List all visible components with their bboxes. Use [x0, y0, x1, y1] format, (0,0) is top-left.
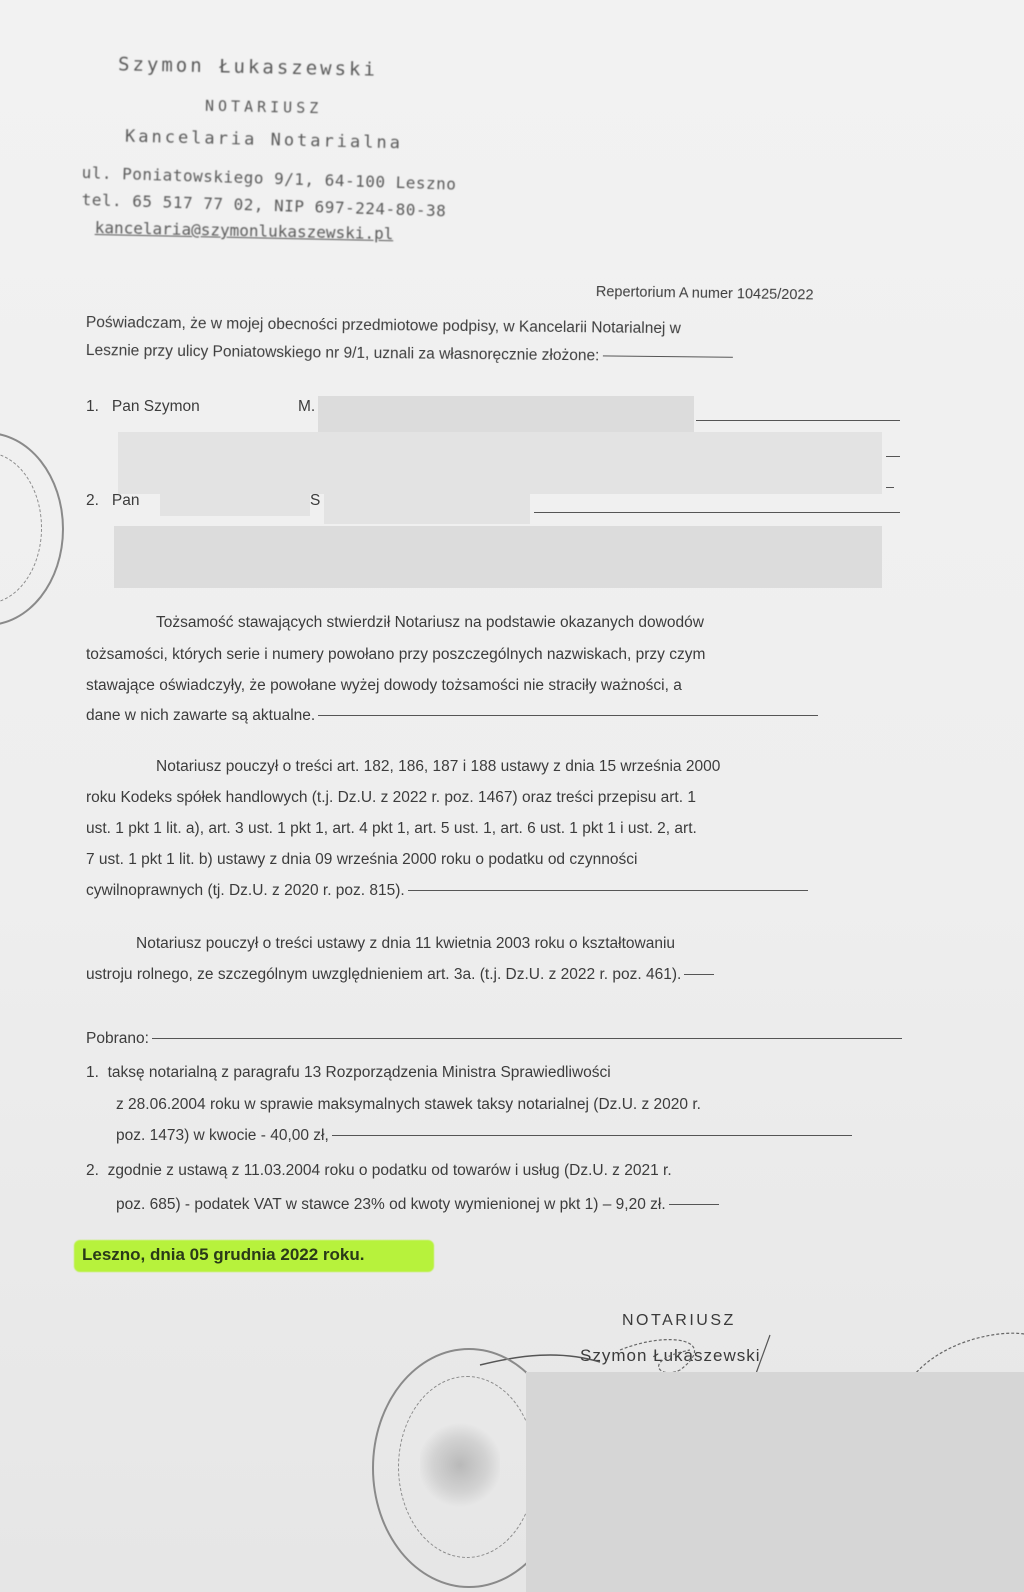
notary-title: NOTARIUSZ: [205, 97, 323, 117]
office-address: ul. Poniatowskiego 9/1, 64-100 Leszno: [81, 163, 456, 194]
dash-mark: [886, 456, 900, 457]
redacted-block: [324, 494, 530, 524]
intro-line: Poświadczam, że w mojej obecności przedm…: [86, 314, 906, 341]
office-name: Kancelaria Notarialna: [125, 127, 403, 154]
office-contact: tel. 65 517 77 02, NIP 697-224-80-38: [81, 190, 446, 220]
fee-item-2: 2. zgodnie z ustawą z 11.03.2004 roku o …: [86, 1162, 906, 1180]
signatory-2-line: [534, 512, 900, 513]
redacted-block: [114, 526, 882, 588]
redacted-block: [526, 1372, 1024, 1592]
identity-line: stawające oświadczyły, że powołane wyżej…: [86, 677, 906, 695]
fee-item-1-line: poz. 1473) w kwocie - 40,00 zł,: [116, 1127, 936, 1145]
instruction-1-line: roku Kodeks spółek handlowych (t.j. Dz.U…: [86, 789, 906, 807]
signatory-1-line: [696, 420, 900, 421]
office-email-link[interactable]: kancelaria@szymonlukaszewski.pl: [95, 218, 394, 243]
eagle-emblem-icon: [420, 1420, 500, 1510]
instruction-2-line: ustroju rolnego, ze szczególnym uwzględn…: [86, 966, 906, 984]
place-date: Leszno, dnia 05 grudnia 2022 roku.: [82, 1245, 364, 1265]
instruction-1-line: ust. 1 pkt 1 lit. a), art. 3 ust. 1 pkt …: [86, 820, 906, 838]
fee-item-1-line: z 28.06.2004 roku w sprawie maksymalnych…: [116, 1096, 936, 1114]
instruction-1-line: 7 ust. 1 pkt 1 lit. b) ustawy z dnia 09 …: [86, 851, 906, 869]
notary-name: Szymon Łukaszewski: [118, 53, 378, 80]
redacted-block: [160, 492, 310, 516]
fees-heading: Pobrano:: [86, 1030, 906, 1048]
fee-item-1: 1. taksę notarialną z paragrafu 13 Rozpo…: [86, 1064, 906, 1082]
document-page: Szymon Łukaszewski NOTARIUSZ Kancelaria …: [0, 0, 1024, 1592]
identity-line: dane w nich zawarte są aktualne.: [86, 707, 906, 725]
redacted-block: [118, 432, 882, 494]
instruction-2-line: Notariusz pouczył o treści ustawy z dnia…: [86, 935, 906, 953]
repertorium-number: Repertorium A numer 10425/2022: [596, 284, 814, 303]
intro-line: Lesznie przy ulicy Poniatowskiego nr 9/1…: [86, 342, 906, 369]
identity-line: Tożsamość stawających stwierdził Notariu…: [86, 614, 906, 632]
fee-item-2-line: poz. 685) - podatek VAT w stawce 23% od …: [116, 1196, 936, 1214]
instruction-1-line: cywilnoprawnych (tj. Dz.U. z 2020 r. poz…: [86, 882, 906, 900]
redacted-block: [318, 396, 694, 432]
identity-line: tożsamości, których serie i numery powoł…: [86, 646, 906, 664]
dash-mark: [886, 487, 894, 488]
instruction-1-line: Notariusz pouczył o treści art. 182, 186…: [86, 758, 906, 776]
